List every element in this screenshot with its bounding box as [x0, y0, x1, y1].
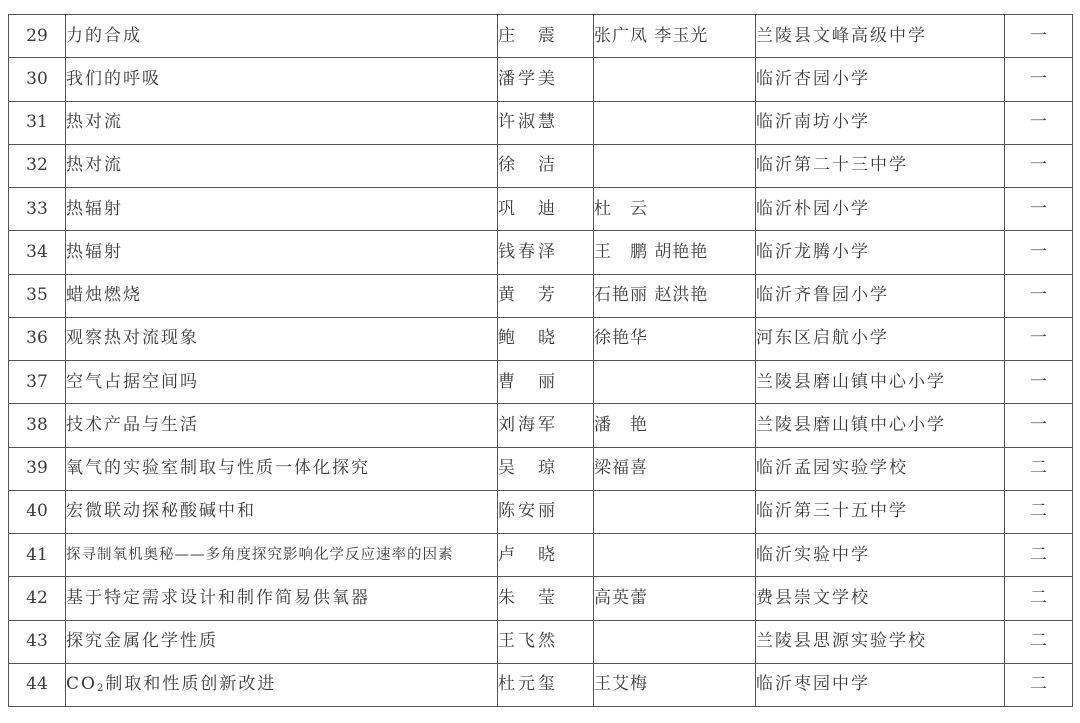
table-row: 29 力的合成 庄 震 张广凤 李玉光 兰陵县文峰高级中学 一 — [9, 15, 1073, 58]
school: 临沂实验中学 — [756, 534, 1005, 577]
author: 卢 晓 — [498, 534, 594, 577]
work-title: 氧气的实验室制取与性质一体化探究 — [66, 447, 498, 490]
work-title: 我们的呼吸 — [66, 58, 498, 101]
advisors — [594, 58, 756, 101]
school: 临沂南坊小学 — [756, 101, 1005, 144]
row-number: 36 — [9, 317, 66, 360]
school: 临沂第三十五中学 — [756, 490, 1005, 533]
school: 临沂枣园中学 — [756, 663, 1005, 706]
advisors: 潘 艳 — [594, 404, 756, 447]
advisors: 高英蕾 — [594, 577, 756, 620]
work-title: 基于特定需求设计和制作简易供氧器 — [66, 577, 498, 620]
school: 兰陵县磨山镇中心小学 — [756, 404, 1005, 447]
work-title: 观察热对流现象 — [66, 317, 498, 360]
work-title: 力的合成 — [66, 15, 498, 58]
table-row: 37 空气占据空间吗 曹 丽 兰陵县磨山镇中心小学 一 — [9, 361, 1073, 404]
advisors — [594, 490, 756, 533]
author: 巩 迪 — [498, 188, 594, 231]
row-number: 34 — [9, 231, 66, 274]
school: 临沂第二十三中学 — [756, 144, 1005, 187]
award-grade: 一 — [1005, 317, 1073, 360]
award-grade: 一 — [1005, 361, 1073, 404]
school: 费县崇文学校 — [756, 577, 1005, 620]
award-grade: 二 — [1005, 577, 1073, 620]
advisors: 杜 云 — [594, 188, 756, 231]
award-grade: 一 — [1005, 15, 1073, 58]
award-grade: 一 — [1005, 58, 1073, 101]
table-row: 41 探寻制氧机奥秘——多角度探究影响化学反应速率的因素 卢 晓 临沂实验中学 … — [9, 534, 1073, 577]
award-grade: 二 — [1005, 620, 1073, 663]
table-row: 32 热对流 徐 洁 临沂第二十三中学 一 — [9, 144, 1073, 187]
advisors: 徐艳华 — [594, 317, 756, 360]
row-number: 41 — [9, 534, 66, 577]
award-grade: 一 — [1005, 188, 1073, 231]
school: 河东区启航小学 — [756, 317, 1005, 360]
school: 兰陵县思源实验学校 — [756, 620, 1005, 663]
award-grade: 二 — [1005, 534, 1073, 577]
award-grade: 一 — [1005, 231, 1073, 274]
school: 临沂朴园小学 — [756, 188, 1005, 231]
author: 徐 洁 — [498, 144, 594, 187]
row-number: 42 — [9, 577, 66, 620]
author: 刘海军 — [498, 404, 594, 447]
author: 黄 芳 — [498, 274, 594, 317]
award-list-table: 29 力的合成 庄 震 张广凤 李玉光 兰陵县文峰高级中学 一 30 我们的呼吸… — [8, 14, 1073, 707]
table-row: 43 探究金属化学性质 王飞然 兰陵县思源实验学校 二 — [9, 620, 1073, 663]
row-number: 39 — [9, 447, 66, 490]
school: 临沂杏园小学 — [756, 58, 1005, 101]
table-row: 42 基于特定需求设计和制作简易供氧器 朱 莹 高英蕾 费县崇文学校 二 — [9, 577, 1073, 620]
row-number: 32 — [9, 144, 66, 187]
row-number: 33 — [9, 188, 66, 231]
row-number: 30 — [9, 58, 66, 101]
author: 鲍 晓 — [498, 317, 594, 360]
row-number: 29 — [9, 15, 66, 58]
row-number: 37 — [9, 361, 66, 404]
award-grade: 一 — [1005, 101, 1073, 144]
advisors: 梁福喜 — [594, 447, 756, 490]
work-title: 蜡烛燃烧 — [66, 274, 498, 317]
table-row: 30 我们的呼吸 潘学美 临沂杏园小学 一 — [9, 58, 1073, 101]
advisors: 张广凤 李玉光 — [594, 15, 756, 58]
table-row: 31 热对流 许淑慧 临沂南坊小学 一 — [9, 101, 1073, 144]
work-title: 宏微联动探秘酸碱中和 — [66, 490, 498, 533]
work-title: 空气占据空间吗 — [66, 361, 498, 404]
author: 陈安丽 — [498, 490, 594, 533]
author: 潘学美 — [498, 58, 594, 101]
author: 许淑慧 — [498, 101, 594, 144]
table-row: 34 热辐射 钱春泽 王 鹏 胡艳艳 临沂龙腾小学 一 — [9, 231, 1073, 274]
school: 兰陵县文峰高级中学 — [756, 15, 1005, 58]
advisors — [594, 620, 756, 663]
work-title: 热对流 — [66, 101, 498, 144]
work-title: 热辐射 — [66, 231, 498, 274]
table-row: 36 观察热对流现象 鲍 晓 徐艳华 河东区启航小学 一 — [9, 317, 1073, 360]
row-number: 35 — [9, 274, 66, 317]
award-grade: 一 — [1005, 274, 1073, 317]
work-title: 探寻制氧机奥秘——多角度探究影响化学反应速率的因素 — [66, 534, 498, 577]
author: 钱春泽 — [498, 231, 594, 274]
row-number: 44 — [9, 663, 66, 706]
award-grade: 二 — [1005, 490, 1073, 533]
award-grade: 二 — [1005, 447, 1073, 490]
work-title-text: 制取和性质创新改进 — [105, 674, 276, 694]
table-row: 40 宏微联动探秘酸碱中和 陈安丽 临沂第三十五中学 二 — [9, 490, 1073, 533]
table-row: 33 热辐射 巩 迪 杜 云 临沂朴园小学 一 — [9, 188, 1073, 231]
row-number: 40 — [9, 490, 66, 533]
row-number: 43 — [9, 620, 66, 663]
work-title: 探究金属化学性质 — [66, 620, 498, 663]
table-row: 38 技术产品与生活 刘海军 潘 艳 兰陵县磨山镇中心小学 一 — [9, 404, 1073, 447]
author: 王飞然 — [498, 620, 594, 663]
table-row: 39 氧气的实验室制取与性质一体化探究 吴 琼 梁福喜 临沂孟园实验学校 二 — [9, 447, 1073, 490]
school: 临沂孟园实验学校 — [756, 447, 1005, 490]
advisors — [594, 534, 756, 577]
award-grade: 一 — [1005, 144, 1073, 187]
advisors: 石艳丽 赵洪艳 — [594, 274, 756, 317]
school: 兰陵县磨山镇中心小学 — [756, 361, 1005, 404]
author: 曹 丽 — [498, 361, 594, 404]
award-grade: 二 — [1005, 663, 1073, 706]
advisors — [594, 361, 756, 404]
author: 朱 莹 — [498, 577, 594, 620]
work-title: 技术产品与生活 — [66, 404, 498, 447]
author: 杜元玺 — [498, 663, 594, 706]
award-grade: 一 — [1005, 404, 1073, 447]
advisors: 王 鹏 胡艳艳 — [594, 231, 756, 274]
advisors — [594, 144, 756, 187]
table-row: 35 蜡烛燃烧 黄 芳 石艳丽 赵洪艳 临沂齐鲁园小学 一 — [9, 274, 1073, 317]
work-title: 热辐射 — [66, 188, 498, 231]
author: 吴 琼 — [498, 447, 594, 490]
work-title: CO2制取和性质创新改进 — [66, 663, 498, 706]
advisors — [594, 101, 756, 144]
formula-co: CO — [66, 674, 97, 694]
school: 临沂龙腾小学 — [756, 231, 1005, 274]
author: 庄 震 — [498, 15, 594, 58]
row-number: 38 — [9, 404, 66, 447]
row-number: 31 — [9, 101, 66, 144]
advisors: 王艾梅 — [594, 663, 756, 706]
table-row: 44 CO2制取和性质创新改进 杜元玺 王艾梅 临沂枣园中学 二 — [9, 663, 1073, 706]
school: 临沂齐鲁园小学 — [756, 274, 1005, 317]
work-title: 热对流 — [66, 144, 498, 187]
